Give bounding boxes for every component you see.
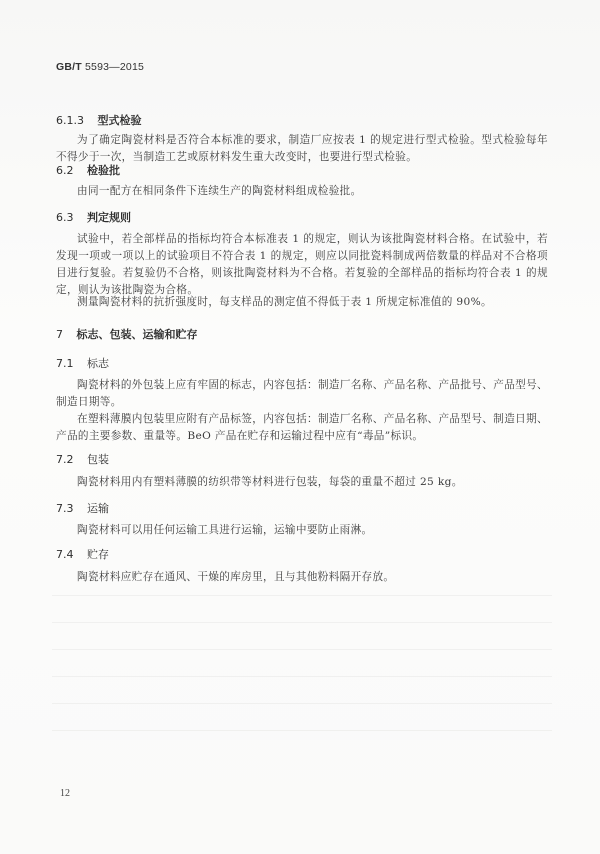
section-title: 贮存 [87, 548, 109, 561]
section-heading-7-3: 7.3 运输 [56, 500, 109, 516]
section-number: 6.3 [56, 211, 74, 224]
paragraph-6-3-strength: 测量陶瓷材料的抗折强度时，每支样品的测定值不得低于表 1 所规定标准值的 90%… [56, 294, 548, 311]
standard-header: GB/T 5593—2015 [56, 61, 144, 73]
section-heading-7-1: 7.1 标志 [56, 355, 109, 371]
section-number: 6.1.3 [56, 114, 84, 127]
section-heading-7-2: 7.2 包装 [56, 451, 109, 467]
section-title: 判定规则 [87, 211, 131, 224]
paragraph-7-2: 陶瓷材料用内有塑料薄膜的纺织带等材料进行包装，每袋的重量不超过 25 kg。 [56, 474, 548, 491]
section-heading-7-4: 7.4 贮存 [56, 546, 109, 562]
page-number: 12 [60, 788, 70, 799]
section-title: 标志 [87, 357, 109, 370]
section-title: 型式检验 [98, 114, 142, 127]
section-number: 7.1 [56, 357, 74, 370]
paragraph-6-3-rule: 试验中，若全部样品的指标均符合本标准表 1 的规定，则认为该批陶瓷材料合格。在试… [56, 231, 548, 299]
section-title: 标志、包装、运输和贮存 [77, 328, 198, 341]
paragraph-6-1-3: 为了确定陶瓷材料是否符合本标准的要求，制造厂应按表 1 的规定进行型式检验。型式… [56, 132, 548, 166]
section-title: 运输 [87, 502, 109, 515]
section-heading-6-2: 6.2 检验批 [56, 162, 120, 178]
section-title: 检验批 [87, 164, 120, 177]
paragraph-7-1-inner-label: 在塑料薄膜内包装里应附有产品标签，内容包括：制造厂名称、产品名称、产品型号、制造… [56, 411, 548, 445]
paragraph-7-3: 陶瓷材料可以用任何运输工具进行运输，运输中要防止雨淋。 [56, 522, 548, 539]
section-title: 包装 [87, 453, 109, 466]
standard-prefix: GB/T [56, 61, 82, 73]
section-number: 7 [56, 328, 63, 341]
standard-number: 5593—2015 [85, 61, 144, 73]
reverse-side-bleed-through [52, 595, 552, 765]
section-heading-6-3: 6.3 判定规则 [56, 209, 131, 225]
paragraph-6-2: 由同一配方在相同条件下连续生产的陶瓷材料组成检验批。 [56, 183, 548, 200]
section-heading-7: 7 标志、包装、运输和贮存 [56, 326, 198, 342]
section-number: 7.2 [56, 453, 74, 466]
section-number: 7.4 [56, 548, 74, 561]
paragraph-7-1-outer-label: 陶瓷材料的外包装上应有牢固的标志，内容包括：制造厂名称、产品名称、产品批号、产品… [56, 377, 548, 411]
section-heading-6-1-3: 6.1.3 型式检验 [56, 112, 142, 128]
section-number: 6.2 [56, 164, 74, 177]
paragraph-7-4: 陶瓷材料应贮存在通风、干燥的库房里，且与其他粉料隔开存放。 [56, 569, 548, 586]
document-page: GB/T 5593—2015 6.1.3 型式检验 为了确定陶瓷材料是否符合本标… [0, 0, 600, 854]
section-number: 7.3 [56, 502, 74, 515]
